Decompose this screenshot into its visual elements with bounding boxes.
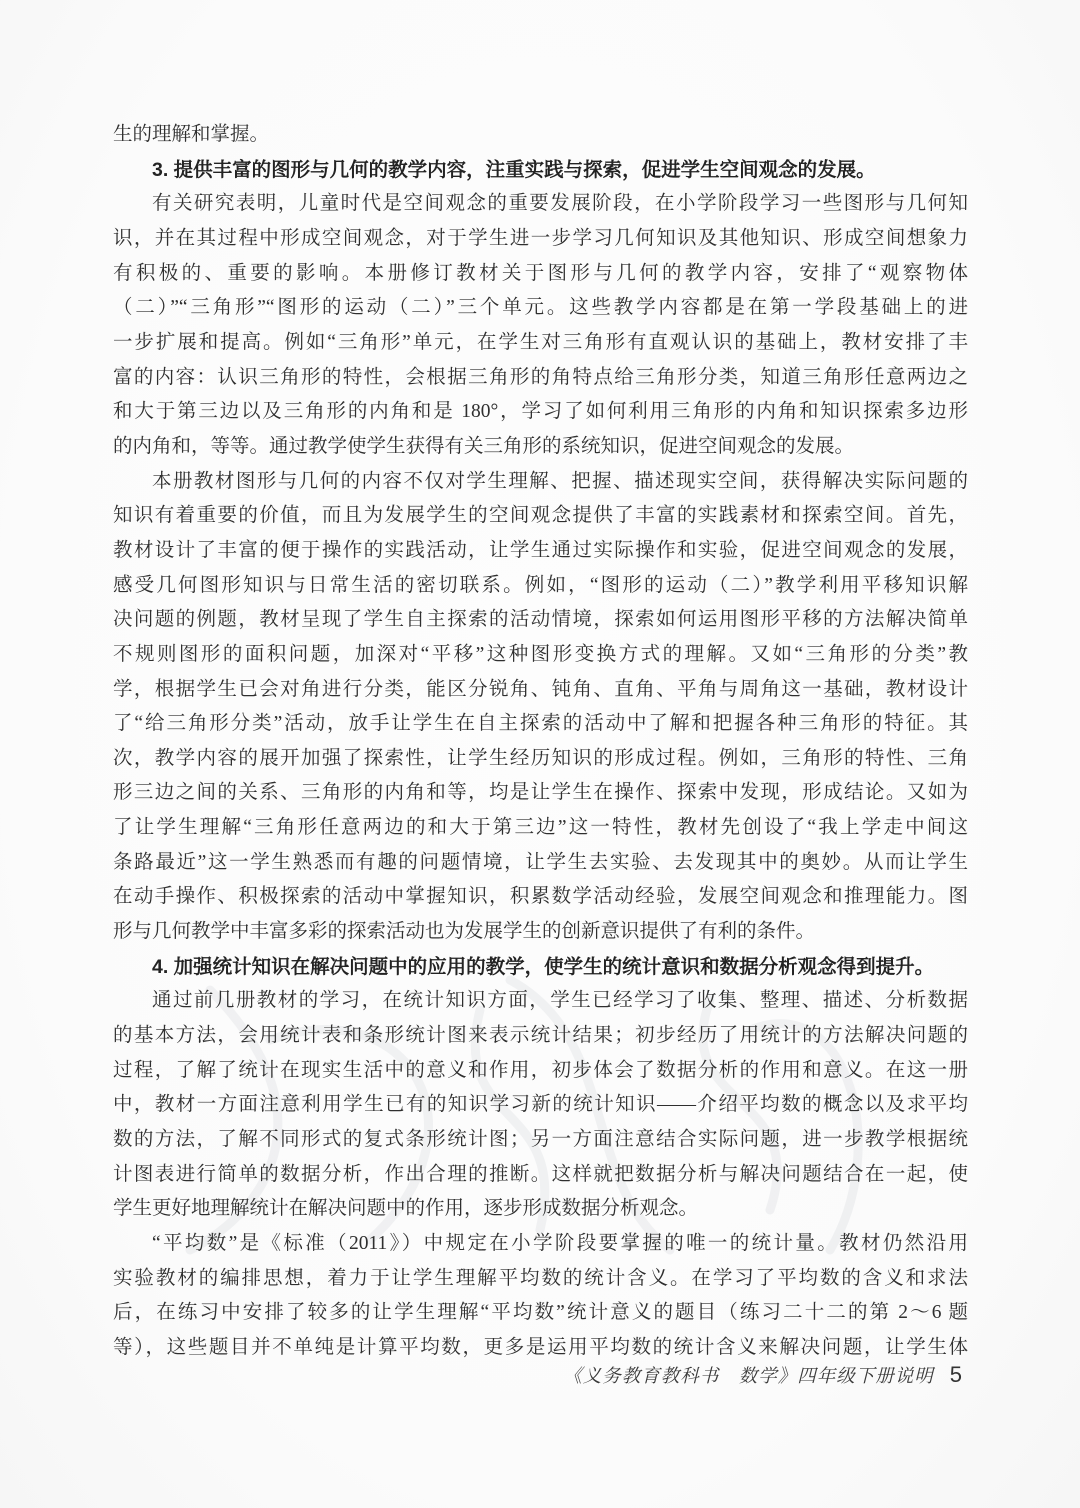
text-line: 本册教材图形与几何的内容不仅对学生理解、把握、描述现实空间，获得解决实际问题的	[113, 465, 968, 500]
heading-line: 4. 加强统计知识在解决问题中的应用的教学，使学生的统计意识和数据分析观念得到提…	[113, 950, 968, 985]
text-line: 生的理解和掌握。	[113, 118, 968, 153]
text-line: 学，根据学生已会对角进行分类，能区分锐角、钝角、直角、平角与周角这一基础，教材设…	[113, 673, 968, 708]
text-line: 不规则图形的面积问题，加深对“平移”这种图形变换方式的理解。又如“三角形的分类”…	[113, 638, 968, 673]
text-line: “平均数”是《标准（2011》）中规定在小学阶段要掌握的唯一的统计量。教材仍然沿…	[113, 1227, 968, 1262]
text-line: 的内角和，等等。通过教学使学生获得有关三角形的系统知识，促进空间观念的发展。	[113, 430, 968, 465]
text-line: 了“给三角形分类”活动，放手让学生在自主探索的活动中了解和把握各种三角形的特征。…	[113, 707, 968, 742]
text-line: 决问题的例题，教材呈现了学生自主探索的活动情境，探索如何运用图形平移的方法解决简…	[113, 603, 968, 638]
text-line: 等），这些题目并不单纯是计算平均数，更多是运用平均数的统计含义来解决问题，让学生…	[113, 1331, 968, 1366]
text-line: 在动手操作、积极探索的活动中掌握知识，积累数学活动经验，发展空间观念和推理能力。…	[113, 880, 968, 915]
text-line: 的基本方法，会用统计表和条形统计图来表示统计结果；初步经历了用统计的方法解决问题…	[113, 1019, 968, 1054]
text-line: （二）”“三角形”“图形的运动（二）”三个单元。这些教学内容都是在第一学段基础上…	[113, 291, 968, 326]
text-line: 富的内容：认识三角形的特性，会根据三角形的角特点给三角形分类，知道三角形任意两边…	[113, 361, 968, 396]
heading-line: 3. 提供丰富的图形与几何的教学内容，注重实践与探索，促进学生空间观念的发展。	[113, 153, 968, 188]
document-page: 生的理解和掌握。3. 提供丰富的图形与几何的教学内容，注重实践与探索，促进学生空…	[0, 0, 1080, 1508]
text-line: 次，教学内容的展开加强了探索性，让学生经历知识的形成过程。例如，三角形的特性、三…	[113, 742, 968, 777]
text-line: 过程，了解了统计在现实生活中的意义和作用，初步体会了数据分析的作用和意义。在这一…	[113, 1054, 968, 1089]
text-line: 学生更好地理解统计在解决问题中的作用，逐步形成数据分析观念。	[113, 1192, 968, 1227]
text-line: 后，在练习中安排了较多的让学生理解“平均数”统计意义的题目（练习二十二的第 2～…	[113, 1296, 968, 1331]
text-line: 条路最近”这一学生熟悉而有趣的问题情境，让学生去实验、去发现其中的奥妙。从而让学…	[113, 846, 968, 881]
text-line: 实验教材的编排思想，着力于让学生理解平均数的统计含义。在学习了平均数的含义和求法	[113, 1262, 968, 1297]
text-line: 通过前几册教材的学习，在统计知识方面，学生已经学习了收集、整理、描述、分析数据	[113, 984, 968, 1019]
document-lines: 生的理解和掌握。3. 提供丰富的图形与几何的教学内容，注重实践与探索，促进学生空…	[113, 118, 968, 1366]
text-line: 计图表进行简单的数据分析，作出合理的推断。这样就把数据分析与解决问题结合在一起，…	[113, 1158, 968, 1193]
page-number: 5	[950, 1362, 962, 1387]
text-line: 有积极的、重要的影响。本册修订教材关于图形与几何的教学内容，安排了“观察物体	[113, 257, 968, 292]
text-line: 了让学生理解“三角形任意两边的和大于第三边”这一特性，教材先创设了“我上学走中间…	[113, 811, 968, 846]
text-line: 数的方法，了解不同形式的复式条形统计图；另一方面注意结合实际问题，进一步教学根据…	[113, 1123, 968, 1158]
text-line: 识，并在其过程中形成空间观念，对于学生进一步学习几何知识及其他知识、形成空间想象…	[113, 222, 968, 257]
text-line: 知识有着重要的价值，而且为发展学生的空间观念提供了丰富的实践素材和探索空间。首先…	[113, 499, 968, 534]
text-line: 教材设计了丰富的便于操作的实践活动，让学生通过实际操作和实验，促进空间观念的发展…	[113, 534, 968, 569]
text-line: 有关研究表明，儿童时代是空间观念的重要发展阶段，在小学阶段学习一些图形与几何知	[113, 187, 968, 222]
text-line: 感受几何图形知识与日常生活的密切联系。例如，“图形的运动（二）”教学利用平移知识…	[113, 569, 968, 604]
text-line: 中，教材一方面注意利用学生已有的知识学习新的统计知识——介绍平均数的概念以及求平…	[113, 1088, 968, 1123]
footer-caption: 《义务教育教科书 数学》四年级下册说明	[563, 1367, 934, 1387]
text-line: 和大于第三边以及三角形的内角和是 180°，学习了如何利用三角形的内角和知识探索…	[113, 395, 968, 430]
text-line: 形与几何教学中丰富多彩的探索活动也为发展学生的创新意识提供了有利的条件。	[113, 915, 968, 950]
page-footer: 《义务教育教科书 数学》四年级下册说明5	[563, 1362, 962, 1388]
text-line: 形三边之间的关系、三角形的内角和等，均是让学生在操作、探索中发现，形成结论。又如…	[113, 776, 968, 811]
text-line: 一步扩展和提高。例如“三角形”单元，在学生对三角形有直观认识的基础上，教材安排了…	[113, 326, 968, 361]
